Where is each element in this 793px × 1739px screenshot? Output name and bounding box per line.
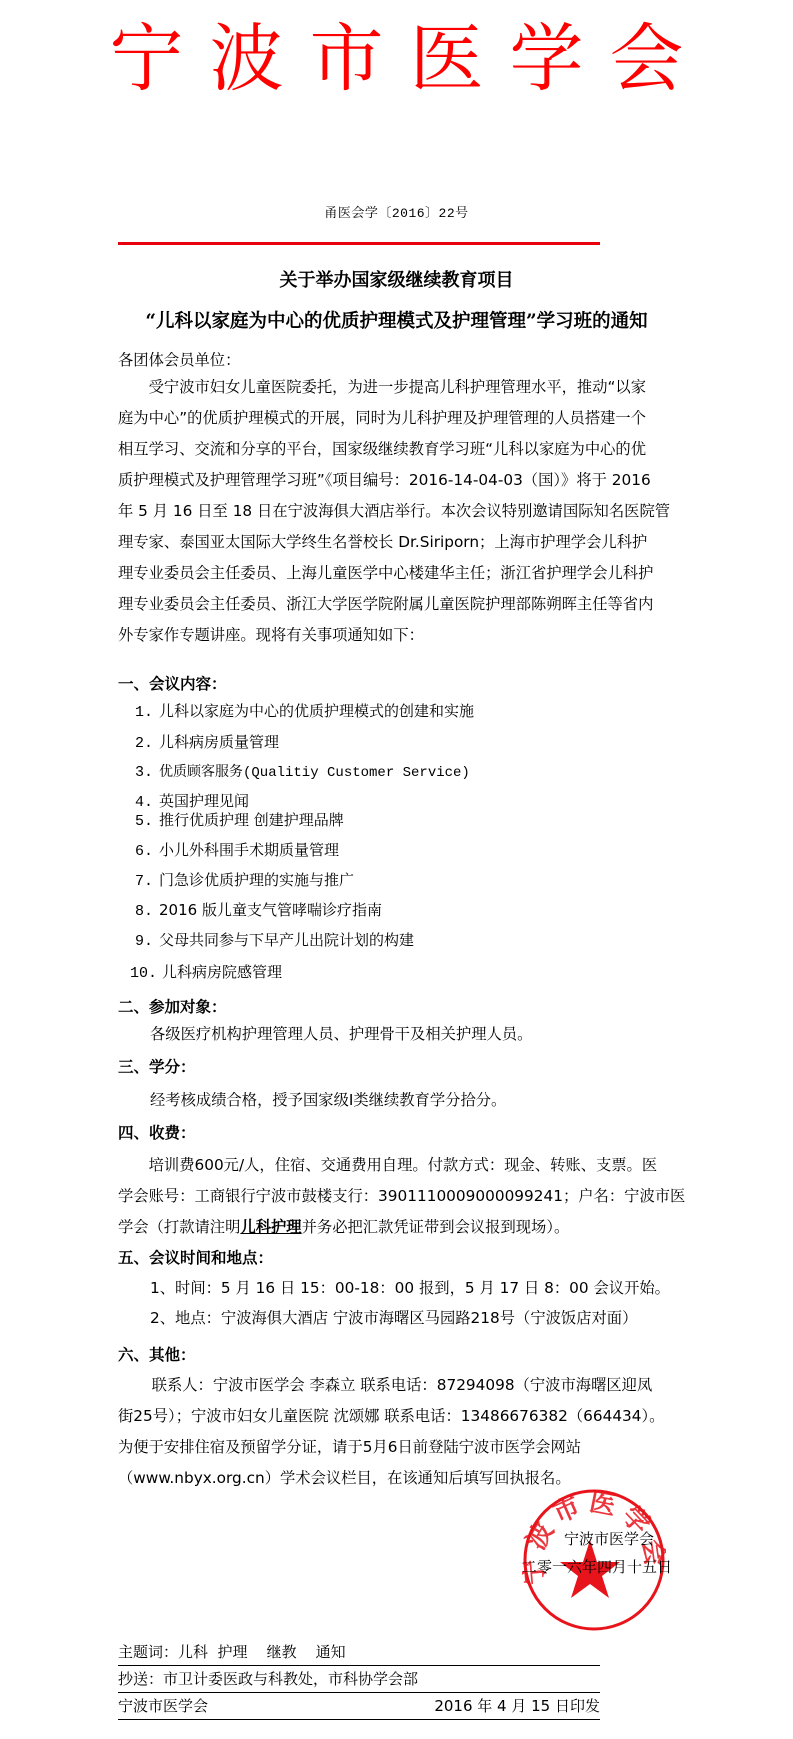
list-item: 4.英国护理见闻 — [135, 790, 249, 811]
document-number: 甬医会学〔2016〕22号 — [0, 202, 793, 221]
list-item: 1.儿科以家庭为中心的优质护理模式的创建和实施 — [135, 700, 474, 721]
list-item: 8.2016 版儿童支气管哮喘诊疗指南 — [135, 899, 382, 920]
list-number: 7. — [135, 873, 159, 890]
salutation: 各团体会员单位： — [118, 348, 240, 370]
section-heading-other: 六、其他： — [118, 1343, 196, 1365]
meeting-time: 1、时间：5 月 16 日 15：00-18：00 报到，5 月 17 日 8：… — [150, 1276, 670, 1298]
section-heading-time-place: 五、会议时间和地点： — [118, 1246, 273, 1268]
footer-cc-row: 抄送：市卫计委医政与科教处，市科协学会部 — [118, 1667, 600, 1693]
intro-line: 质护理模式及护理管理学习班”《项目编号：2016-14-04-03（国）》将于 … — [118, 465, 672, 496]
org-letterhead-title: 宁波市医学会 — [0, 14, 793, 104]
notice-title-line1: 关于举办国家级继续教育项目 — [0, 266, 793, 292]
participants-text: 各级医疗机构护理管理人员、护理骨干及相关护理人员。 — [150, 1022, 532, 1044]
footer-issuer-row: 宁波市医学会 2016 年 4 月 15 日印发 — [118, 1694, 600, 1720]
credits-text: 经考核成绩合格，授予国家级Ⅰ类继续教育学分拾分。 — [150, 1088, 506, 1110]
list-number: 5. — [135, 813, 159, 830]
footer-cc: 抄送：市卫计委医政与科教处，市科协学会部 — [118, 1667, 418, 1691]
list-text: 2016 版儿童支气管哮喘诊疗指南 — [159, 901, 382, 919]
list-text: 父母共同参与下早产儿出院计划的构建 — [159, 931, 414, 949]
list-text: 儿科病房质量管理 — [159, 733, 279, 751]
signature-date: 二零一六年四月十五日 — [500, 1556, 672, 1577]
intro-line: 理专家、泰国亚太国际大学终生名誉校长 Dr.Siriporn；上海市护理学会儿科… — [118, 527, 672, 558]
list-number: 1. — [135, 704, 159, 721]
payment-note-emphasis: 儿科护理 — [240, 1218, 301, 1236]
list-item: 3.优质顾客服务(Qualitiy Customer Service) — [135, 761, 470, 781]
footer-keywords: 主题词：儿科 护理 继教 通知 — [118, 1640, 346, 1664]
fees-line: 学会账号：工商银行宁波市鼓楼支行：3901110009000099241；户名：… — [118, 1181, 672, 1212]
intro-line: 受宁波市妇女儿童医院委托，为进一步提高儿科护理管理水平，推动“以家 — [118, 372, 672, 403]
footer-issue-date: 2016 年 4 月 15 日印发 — [434, 1694, 600, 1719]
section-heading-content: 一、会议内容： — [118, 672, 227, 694]
notice-title-line2: “儿科以家庭为中心的优质护理模式及护理管理”学习班的通知 — [0, 307, 793, 333]
list-text: 优质顾客服务(Qualitiy Customer Service) — [159, 765, 470, 781]
footer-issuer: 宁波市医学会 — [118, 1694, 208, 1719]
section-heading-fees: 四、收费： — [118, 1121, 196, 1143]
intro-line: 相互学习、交流和分享的平台，国家级继续教育学习班“儿科以家庭为中心的优 — [118, 434, 672, 465]
registration-line: 为便于安排住宿及预留学分证，请于5月6日前登陆宁波市医学会网站 — [118, 1432, 672, 1463]
list-text: 推行优质护理 创建护理品牌 — [159, 811, 344, 829]
intro-line: 理专业委员会主任委员、浙江大学医学院附属儿童医院护理部陈朔晖主任等省内 — [118, 589, 672, 620]
contact-line: 联系人：宁波市医学会 李森立 联系电话：87294098（宁波市海曙区迎凤 — [118, 1370, 672, 1401]
fees-line: 学会（打款请注明儿科护理并务必把汇款凭证带到会议报到现场）。 — [118, 1212, 672, 1243]
intro-paragraph: 受宁波市妇女儿童医院委托，为进一步提高儿科护理管理水平，推动“以家 庭为中心”的… — [118, 372, 672, 651]
section-heading-participants: 二、参加对象： — [118, 995, 227, 1017]
list-number: 2. — [135, 735, 159, 752]
list-text: 儿科病房院感管理 — [162, 963, 282, 981]
list-number: 10. — [130, 965, 162, 982]
footer-keywords-row: 主题词：儿科 护理 继教 通知 — [118, 1640, 600, 1666]
list-item: 7.门急诊优质护理的实施与推广 — [135, 869, 354, 890]
section-heading-credits: 三、学分： — [118, 1055, 196, 1077]
list-number: 8. — [135, 903, 159, 920]
list-item: 9.父母共同参与下早产儿出院计划的构建 — [135, 929, 414, 950]
meeting-place: 2、地点：宁波海俱大酒店 宁波市海曙区马园路218号（宁波饭店对面） — [150, 1306, 637, 1328]
fees-paragraph: 培训费600元/人，住宿、交通费用自理。付款方式：现金、转账、支票。医 学会账号… — [118, 1150, 672, 1243]
list-text: 门急诊优质护理的实施与推广 — [159, 871, 354, 889]
list-item: 6.小儿外科围手术期质量管理 — [135, 839, 339, 860]
list-text: 小儿外科围手术期质量管理 — [159, 841, 339, 859]
fees-text: 学会（打款请注明 — [118, 1218, 240, 1236]
intro-line: 外专家作专题讲座。现将有关事项通知如下： — [118, 620, 672, 651]
intro-line: 理专业委员会主任委员、上海儿童医学中心楼建华主任；浙江省护理学会儿科护 — [118, 558, 672, 589]
list-number: 3. — [135, 764, 159, 781]
intro-line: 庭为中心”的优质护理模式的开展，同时为儿科护理及护理管理的人员搭建一个 — [118, 403, 672, 434]
list-item: 5.推行优质护理 创建护理品牌 — [135, 809, 344, 830]
contact-line: 街25号）；宁波市妇女儿童医院 沈颂娜 联系电话：13486676382（664… — [118, 1401, 672, 1432]
list-number: 6. — [135, 843, 159, 860]
intro-line: 年 5 月 16 日至 18 日在宁波海俱大酒店举行。本次会议特别邀请国际知名医… — [118, 496, 672, 527]
list-number: 9. — [135, 933, 159, 950]
list-item: 2.儿科病房质量管理 — [135, 731, 279, 752]
list-item: 10.儿科病房院感管理 — [130, 961, 282, 982]
signature-org: 宁波市医学会 — [520, 1528, 654, 1549]
other-paragraph: 联系人：宁波市医学会 李森立 联系电话：87294098（宁波市海曙区迎凤 街2… — [118, 1370, 672, 1494]
fees-line: 培训费600元/人，住宿、交通费用自理。付款方式：现金、转账、支票。医 — [118, 1150, 672, 1181]
fees-text: 并务必把汇款凭证带到会议报到现场）。 — [302, 1218, 570, 1236]
list-text: 儿科以家庭为中心的优质护理模式的创建和实施 — [159, 702, 474, 720]
list-text: 英国护理见闻 — [159, 792, 249, 810]
letterhead-red-rule — [118, 242, 600, 245]
